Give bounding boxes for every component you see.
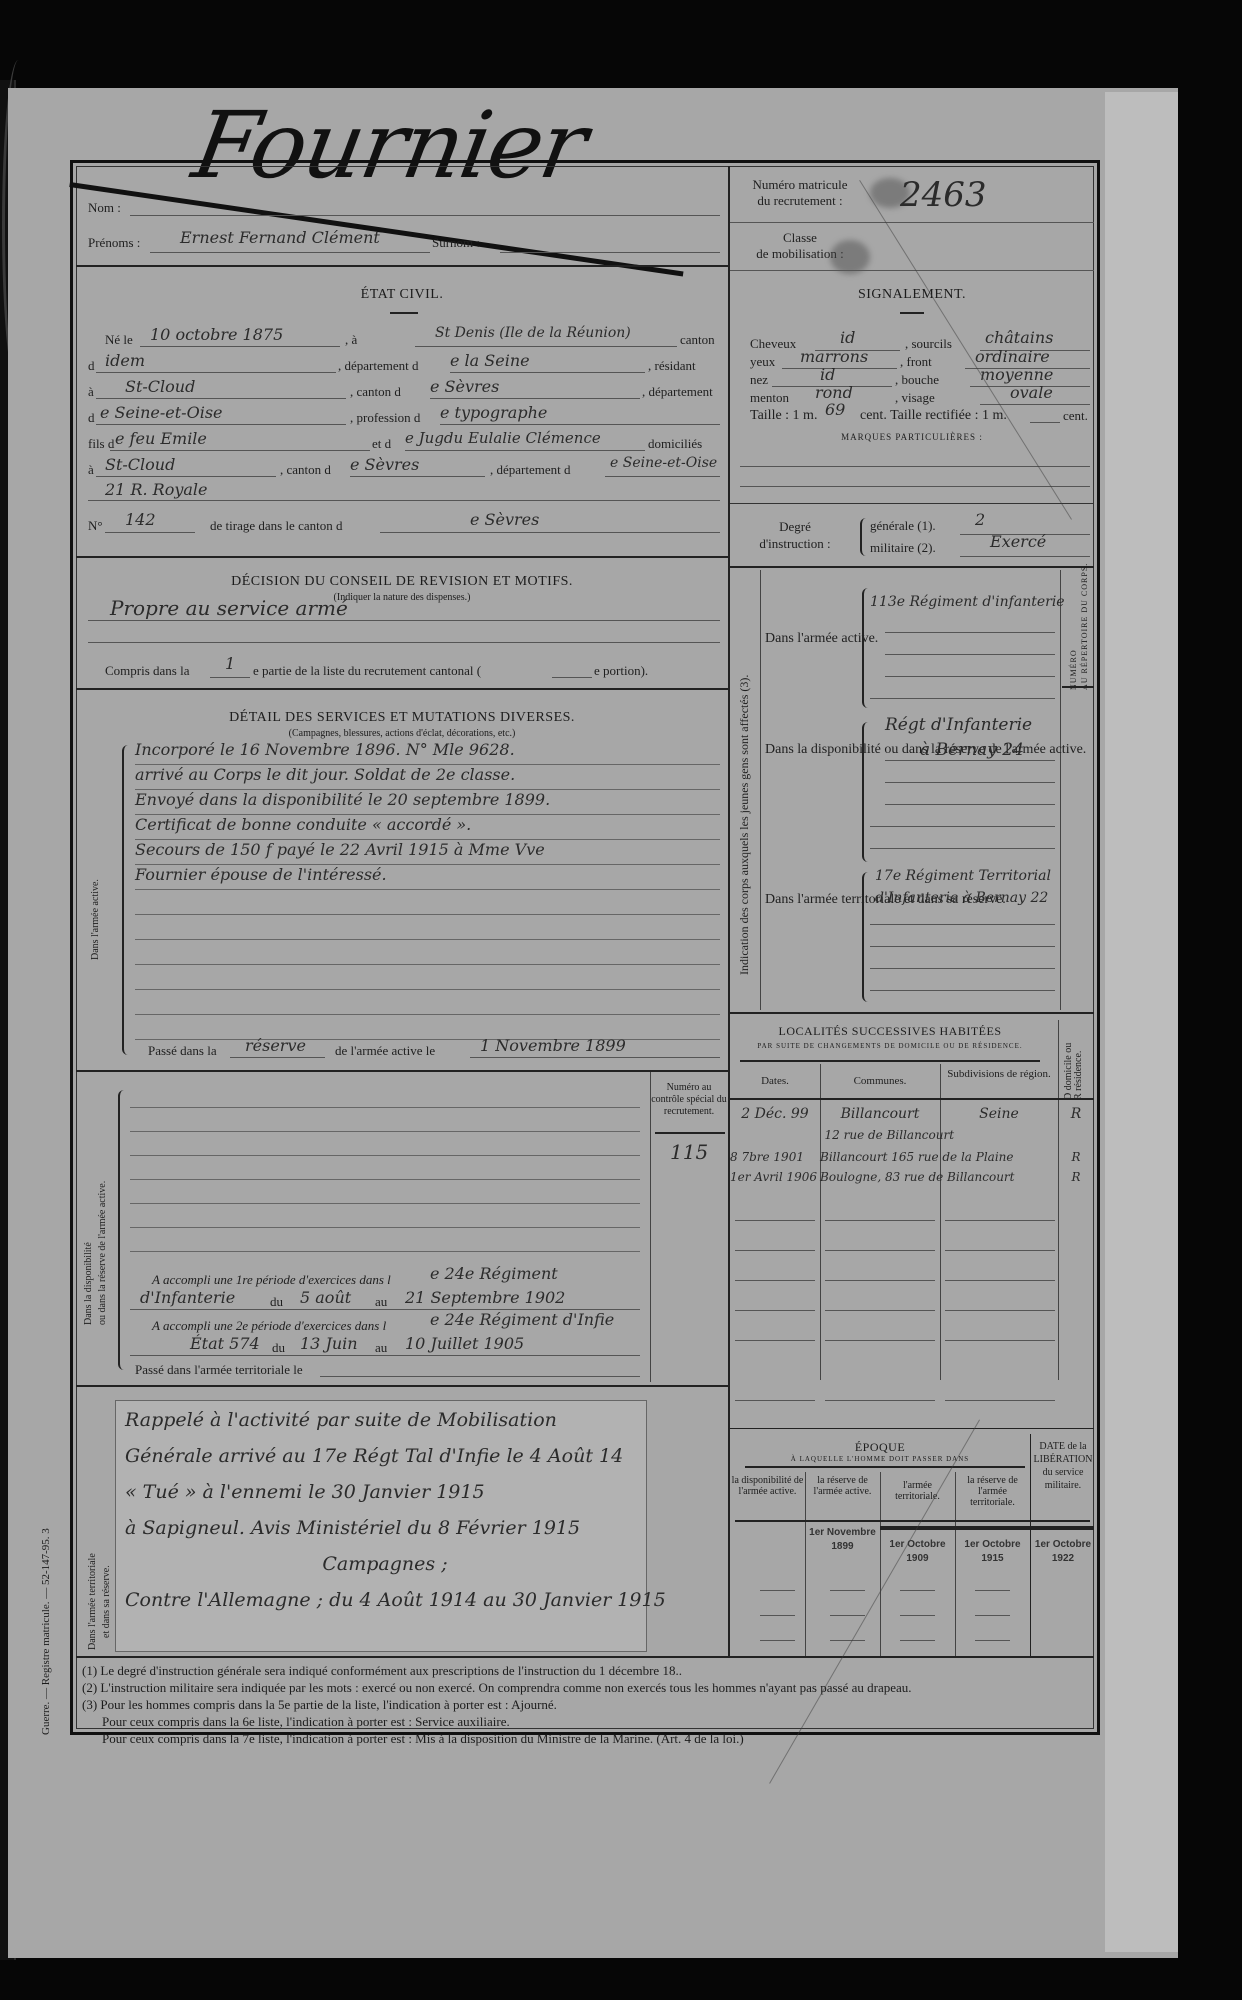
page-edge-shadow — [1105, 92, 1178, 1952]
controle-value: 115 — [670, 1140, 708, 1164]
periode1-au: 21 Septembre 1902 — [405, 1288, 565, 1307]
date-liberation-label: DATE de la LIBÉRATION du service militai… — [1032, 1440, 1094, 1492]
canton-naissance: idem — [105, 351, 145, 370]
localites-title: LOCALITÉS SUCCESSIVES HABITÉES — [730, 1024, 1050, 1039]
visage: ovale — [1010, 383, 1053, 402]
numero-repertoire-label: NUMÉRO au répertoire du corps. — [1068, 563, 1090, 690]
bouche: moyenne — [980, 365, 1053, 384]
canton-residence: e Sèvres — [430, 377, 499, 396]
pere: e feu Emile — [115, 429, 207, 448]
service-line: Fournier épouse de l'intéressé. — [135, 865, 720, 890]
note-line: Contre l'Allemagne ; du 4 Août 1914 au 3… — [125, 1582, 645, 1618]
date-liberation: 1er Octobre 1922 — [1032, 1538, 1094, 1566]
decision-title: DÉCISION DU CONSEIL DE REVISION ET MOTIF… — [76, 574, 728, 590]
service-line: Envoyé dans la disponibilité le 20 septe… — [135, 790, 720, 815]
col-epoque-territoriale: l'armée territoriale. — [880, 1480, 955, 1502]
degre-label: Degré d'instruction : — [745, 518, 845, 552]
side-label-disponibilite: Dans la disponibilité ou dans la réserve… — [82, 1181, 110, 1325]
note-line: « Tué » à l'ennemi le 30 Janvier 1915 — [125, 1474, 645, 1510]
residence: St-Cloud — [125, 377, 195, 396]
periode2-au: 10 Juillet 1905 — [405, 1334, 524, 1353]
note-line: Générale arrivé au 17e Régt Tal d'Infie … — [125, 1438, 645, 1474]
col-dates: Dates. — [730, 1075, 820, 1087]
signalement-title: SIGNALEMENT. — [730, 287, 1094, 303]
corps-side-label: Indication des corps auxquels les jeunes… — [737, 675, 752, 975]
nom-label: Nom : — [88, 200, 121, 216]
col-epoque-disponibilite: la disponibilité de l'armée active. — [730, 1475, 805, 1497]
departement-parents: e Seine-et-Oise — [610, 455, 717, 471]
col-domicile-residence: D domicile ou R résidence. — [1064, 1040, 1084, 1100]
corps-territoriale-value-2: d'Infanterie à Bernay 22 — [875, 890, 1048, 906]
corps-disponibilite-value-2: à Bernay 24 — [920, 740, 1024, 760]
localites-table: 2 Déc. 99 Billancourt Seine R 12 rue de … — [730, 1106, 1094, 1190]
note-line: Rappelé à l'activité par suite de Mobili… — [125, 1402, 645, 1438]
matricule-label: Numéro matricule du recrutement : — [745, 177, 855, 209]
service-line: Secours de 150 f payé le 22 Avril 1915 à… — [135, 840, 720, 865]
prenoms-value: Ernest Fernand Clément — [180, 228, 380, 247]
margin-imprint: Guerre. — Registre matricule. — 52-147-9… — [40, 1528, 52, 1735]
passe-reserve: réserve — [245, 1036, 306, 1055]
side-label-territoriale: Dans l'armée territoriale et dans sa rés… — [86, 1553, 114, 1650]
col-communes: Communes. — [820, 1075, 940, 1087]
periode2-du: 13 Juin — [300, 1334, 358, 1353]
epoque-title: ÉPOQUE — [730, 1440, 1030, 1455]
matricule-number: 2463 — [900, 175, 987, 215]
departement-naissance: e la Seine — [450, 351, 530, 370]
footnote: (1) Le degré d'instruction générale sera… — [82, 1662, 1092, 1679]
corps-active-label: Dans l'armée active. — [765, 630, 865, 647]
departement-residence: e Seine-et-Oise — [100, 403, 223, 422]
canton-tirage: e Sèvres — [470, 510, 539, 529]
corps-disponibilite-value-1: Régt d'Infanterie — [885, 715, 1032, 735]
service-line: Certificat de bonne conduite « accordé »… — [135, 815, 720, 840]
rappel-note: Rappelé à l'activité par suite de Mobili… — [125, 1402, 645, 1618]
disponibilite-lines — [130, 1084, 640, 1252]
table-row: 1er Avril 1906 Boulogne, 83 rue de Billa… — [730, 1170, 1094, 1190]
services-lines: Incorporé le 16 Novembre 1896. N° Mle 96… — [135, 740, 720, 1040]
col-epoque-reserve-active: la réserve de l'armée active. — [805, 1475, 880, 1497]
periode1-corps-2: d'Infanterie — [140, 1288, 235, 1307]
corps-active-value: 113e Régiment d'infanterie — [870, 594, 1065, 610]
col-epoque-reserve-territoriale: la réserve de l'armée territoriale. — [955, 1475, 1030, 1508]
table-row: 2 Déc. 99 Billancourt Seine R — [730, 1106, 1094, 1128]
instruction-generale: 2 — [975, 510, 985, 529]
side-label-active: Dans l'armée active. — [90, 879, 101, 960]
footnote: Pour ceux compris dans la 7e liste, l'in… — [82, 1730, 1092, 1747]
service-line: arrivé au Corps le dit jour. Soldat de 2… — [135, 765, 720, 790]
lieu-naissance: St Denis (Ile de la Réunion) — [435, 325, 631, 341]
periode2-corps: e 24e Régiment d'Infie — [430, 1310, 614, 1329]
surnom-label: Surnom : — [432, 235, 480, 251]
table-row: 8 7bre 1901 Billancourt 165 rue de la Pl… — [730, 1150, 1094, 1170]
controle-label: Numéro au contrôle spécial du recrutemen… — [650, 1082, 728, 1118]
corps-territoriale-label: Dans l'armée territoriale et dans sa rés… — [765, 892, 865, 908]
epoque-reserve-territoriale: 1er Octobre 1915 — [955, 1538, 1030, 1566]
corps-territoriale-value-1: 17e Régiment Territorial — [875, 868, 1051, 884]
domicile-parents: St-Cloud — [105, 455, 175, 474]
passe-date: 1 Novembre 1899 — [480, 1036, 626, 1055]
note-line: Campagnes ; — [125, 1546, 645, 1582]
col-subdivisions: Subdivisions de région. — [940, 1068, 1058, 1080]
footnote: (2) L'instruction militaire sera indiqué… — [82, 1679, 1092, 1696]
sourcils: châtains — [985, 328, 1053, 347]
periode1-corps: e 24e Régiment — [430, 1264, 558, 1283]
note-line: à Sapigneul. Avis Ministériel du 8 Févri… — [125, 1510, 645, 1546]
column-divider — [728, 166, 730, 1656]
footnotes: (1) Le degré d'instruction générale sera… — [82, 1662, 1092, 1747]
decision-text: Propre au service armé — [110, 596, 348, 620]
date-naissance: 10 octobre 1875 — [150, 325, 283, 344]
periode1-du: 5 août — [300, 1288, 351, 1307]
adresse-parents: 21 R. Royale — [105, 480, 208, 499]
partie-liste: 1 — [225, 654, 235, 673]
numero-tirage: 142 — [125, 510, 156, 529]
mere: e Jugdu Eulalie Clémence — [405, 429, 601, 447]
footnote: Pour ceux compris dans la 6e liste, l'in… — [82, 1713, 1092, 1730]
service-line: Incorporé le 16 Novembre 1896. N° Mle 96… — [135, 740, 720, 765]
corps-disponibilite-label: Dans la disponibilité ou dans la réserve… — [765, 742, 865, 757]
periode2-corps-2: État 574 — [190, 1334, 260, 1353]
etat-civil-title: ÉTAT CIVIL. — [76, 287, 728, 303]
instruction-militaire: Exercé — [990, 532, 1046, 551]
taille: 69 — [825, 400, 845, 419]
services-title: DÉTAIL DES SERVICES ET MUTATIONS DIVERSE… — [76, 710, 728, 726]
cheveux: id — [840, 328, 855, 347]
nez: id — [820, 365, 835, 384]
table-row: 12 rue de Billancourt — [730, 1128, 1094, 1150]
profession: e typographe — [440, 403, 547, 422]
yeux: marrons — [800, 347, 868, 366]
marques-label: MARQUES PARTICULIÈRES : — [730, 432, 1094, 442]
canton-parents: e Sèvres — [350, 455, 419, 474]
epoque-reserve-active: 1er Novembre 1899 — [805, 1526, 880, 1554]
footnote: (3) Pour les hommes compris dans la 5e p… — [82, 1696, 1092, 1713]
front: ordinaire — [975, 347, 1050, 366]
epoque-territoriale: 1er Octobre 1909 — [880, 1538, 955, 1566]
prenoms-label: Prénoms : — [88, 235, 140, 251]
